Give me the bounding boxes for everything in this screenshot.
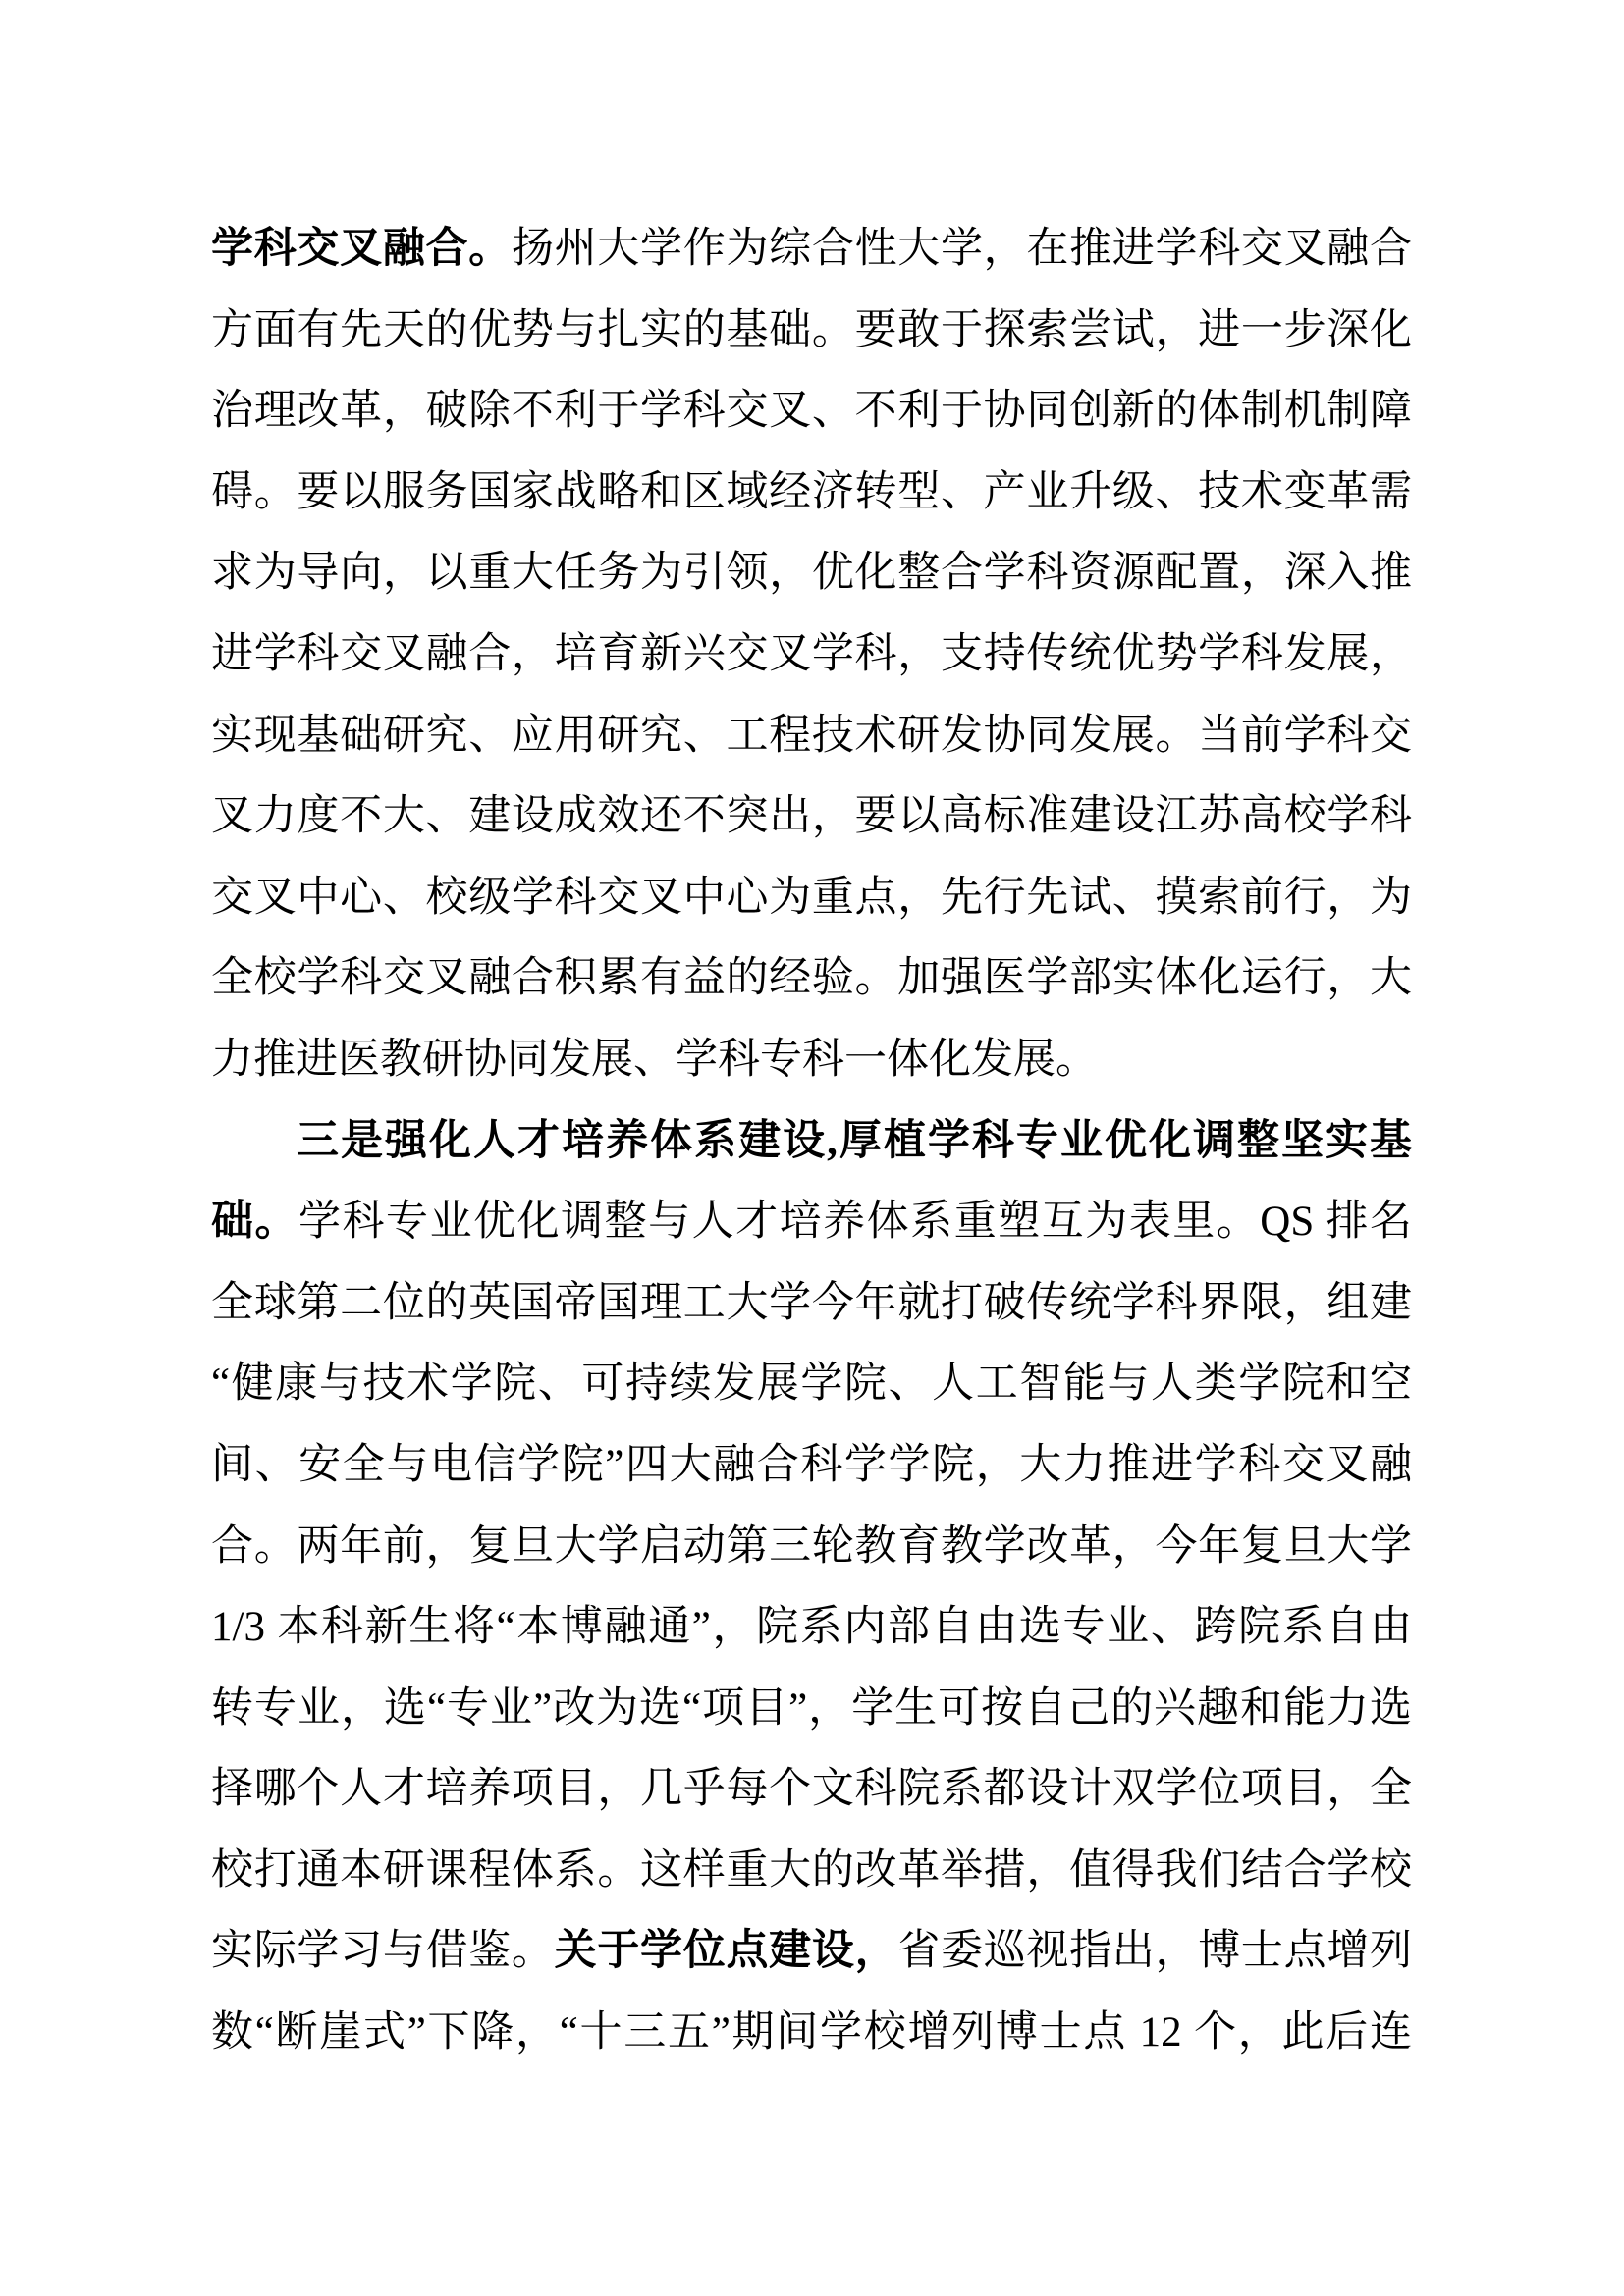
text-line: 1/3 本科新生将“本博融通”，院系内部自由选专业、跨院系自由 (211, 1587, 1412, 1669)
text-line: 治理改革，破除不利于学科交叉、不利于协同创新的体制机制障 (211, 371, 1412, 453)
document-page: 学科交叉融合。扬州大学作为综合性大学，在推进学科交叉融合方面有先天的优势与扎实的… (0, 0, 1624, 2296)
text-line: 础。学科专业优化调整与人才培养体系重塑互为表里。QS 排名 (211, 1182, 1412, 1263)
text-line: 交叉中心、校级学科交叉中心为重点，先行先试、摸索前行，为 (211, 858, 1412, 939)
text-line: 力推进医教研协同发展、学科专科一体化发展。 (211, 1020, 1412, 1101)
text-line: 求为导向，以重大任务为引领，优化整合学科资源配置，深入推 (211, 533, 1412, 614)
text-segment: 进学科交叉融合，培育新兴交叉学科，支持传统优势学科发展， (211, 631, 1412, 677)
text-segment: 叉力度不大、建设成效还不突出，要以高标准建设江苏高校学科 (211, 793, 1412, 839)
text-segment: 全校学科交叉融合积累有益的经验。加强医学部实体化运行，大 (211, 955, 1412, 1001)
text-line: “健康与技术学院、可持续发展学院、人工智能与人类学院和空 (211, 1344, 1412, 1425)
text-segment: 转专业，选“专业”改为选“项目”，学生可按自己的兴趣和能力选 (211, 1685, 1412, 1732)
text-segment: 1/3 本科新生将“本博融通”，院系内部自由选专业、跨院系自由 (211, 1604, 1412, 1650)
text-segment: 求为导向，以重大任务为引领，优化整合学科资源配置，深入推 (211, 550, 1412, 596)
text-segment: 省委巡视指出，博士点增列 (897, 1928, 1412, 1974)
text-segment: 合。两年前，复旦大学启动第三轮教育教学改革，今年复旦大学 (211, 1523, 1412, 1570)
text-segment-bold: 学科交叉融合。 (211, 226, 512, 272)
text-segment: 数“断崖式”下降，“十三五”期间学校增列博士点 12 个，此后连 (211, 2009, 1412, 2056)
text-line: 全球第二位的英国帝国理工大学今年就打破传统学科界限，组建 (211, 1263, 1412, 1345)
text-line: 合。两年前，复旦大学启动第三轮教育教学改革，今年复旦大学 (211, 1507, 1412, 1588)
text-segment: 校打通本研课程体系。这样重大的改革举措，值得我们结合学校 (211, 1847, 1412, 1894)
text-line: 择哪个人才培养项目，几乎每个文科院系都设计双学位项目，全 (211, 1749, 1412, 1831)
document-text-block: 学科交叉融合。扬州大学作为综合性大学，在推进学科交叉融合方面有先天的优势与扎实的… (211, 209, 1412, 2074)
text-line: 三是强化人才培养体系建设,厚植学科专业优化调整坚实基 (211, 1101, 1412, 1183)
text-segment-bold: 三是强化人才培养体系建设,厚植学科专业优化调整坚实基 (297, 1118, 1412, 1164)
text-segment: 实际学习与借鉴。 (211, 1928, 555, 1974)
text-line: 实现基础研究、应用研究、工程技术研发协同发展。当前学科交 (211, 696, 1412, 777)
text-segment: 力推进医教研协同发展、学科专科一体化发展。 (211, 1037, 1098, 1083)
text-segment: 碍。要以服务国家战略和区域经济转型、产业升级、技术变革需 (211, 469, 1412, 515)
text-line: 转专业，选“专业”改为选“项目”，学生可按自己的兴趣和能力选 (211, 1669, 1412, 1750)
text-segment: 扬州大学作为综合性大学，在推进学科交叉融合 (512, 226, 1412, 272)
text-line: 实际学习与借鉴。关于学位点建设，省委巡视指出，博士点增列 (211, 1911, 1412, 1993)
text-line: 全校学科交叉融合积累有益的经验。加强医学部实体化运行，大 (211, 938, 1412, 1020)
text-segment: 学科专业优化调整与人才培养体系重塑互为表里。QS 排名 (298, 1199, 1412, 1245)
text-line: 叉力度不大、建设成效还不突出，要以高标准建设江苏高校学科 (211, 776, 1412, 858)
text-segment: 全球第二位的英国帝国理工大学今年就打破传统学科界限，组建 (211, 1280, 1412, 1326)
text-line: 间、安全与电信学院”四大融合科学学院，大力推进学科交叉融 (211, 1425, 1412, 1507)
text-line: 方面有先天的优势与扎实的基础。要敢于探索尝试，进一步深化 (211, 291, 1412, 372)
text-segment: 治理改革，破除不利于学科交叉、不利于协同创新的体制机制障 (211, 388, 1412, 434)
text-segment-bold: 础。 (211, 1199, 298, 1245)
text-segment-bold: 关于学位点建设， (555, 1928, 898, 1974)
text-segment: 实现基础研究、应用研究、工程技术研发协同发展。当前学科交 (211, 713, 1412, 759)
text-segment: 择哪个人才培养项目，几乎每个文科院系都设计双学位项目，全 (211, 1766, 1412, 1812)
text-segment: “健康与技术学院、可持续发展学院、人工智能与人类学院和空 (211, 1361, 1412, 1407)
text-segment: 交叉中心、校级学科交叉中心为重点，先行先试、摸索前行，为 (211, 875, 1412, 921)
text-line: 数“断崖式”下降，“十三五”期间学校增列博士点 12 个，此后连 (211, 1993, 1412, 2074)
text-line: 学科交叉融合。扬州大学作为综合性大学，在推进学科交叉融合 (211, 209, 1412, 291)
text-line: 碍。要以服务国家战略和区域经济转型、产业升级、技术变革需 (211, 453, 1412, 534)
text-segment: 方面有先天的优势与扎实的基础。要敢于探索尝试，进一步深化 (211, 307, 1412, 353)
text-line: 校打通本研课程体系。这样重大的改革举措，值得我们结合学校 (211, 1831, 1412, 1912)
text-segment: 间、安全与电信学院”四大融合科学学院，大力推进学科交叉融 (211, 1442, 1412, 1488)
text-line: 进学科交叉融合，培育新兴交叉学科，支持传统优势学科发展， (211, 614, 1412, 696)
